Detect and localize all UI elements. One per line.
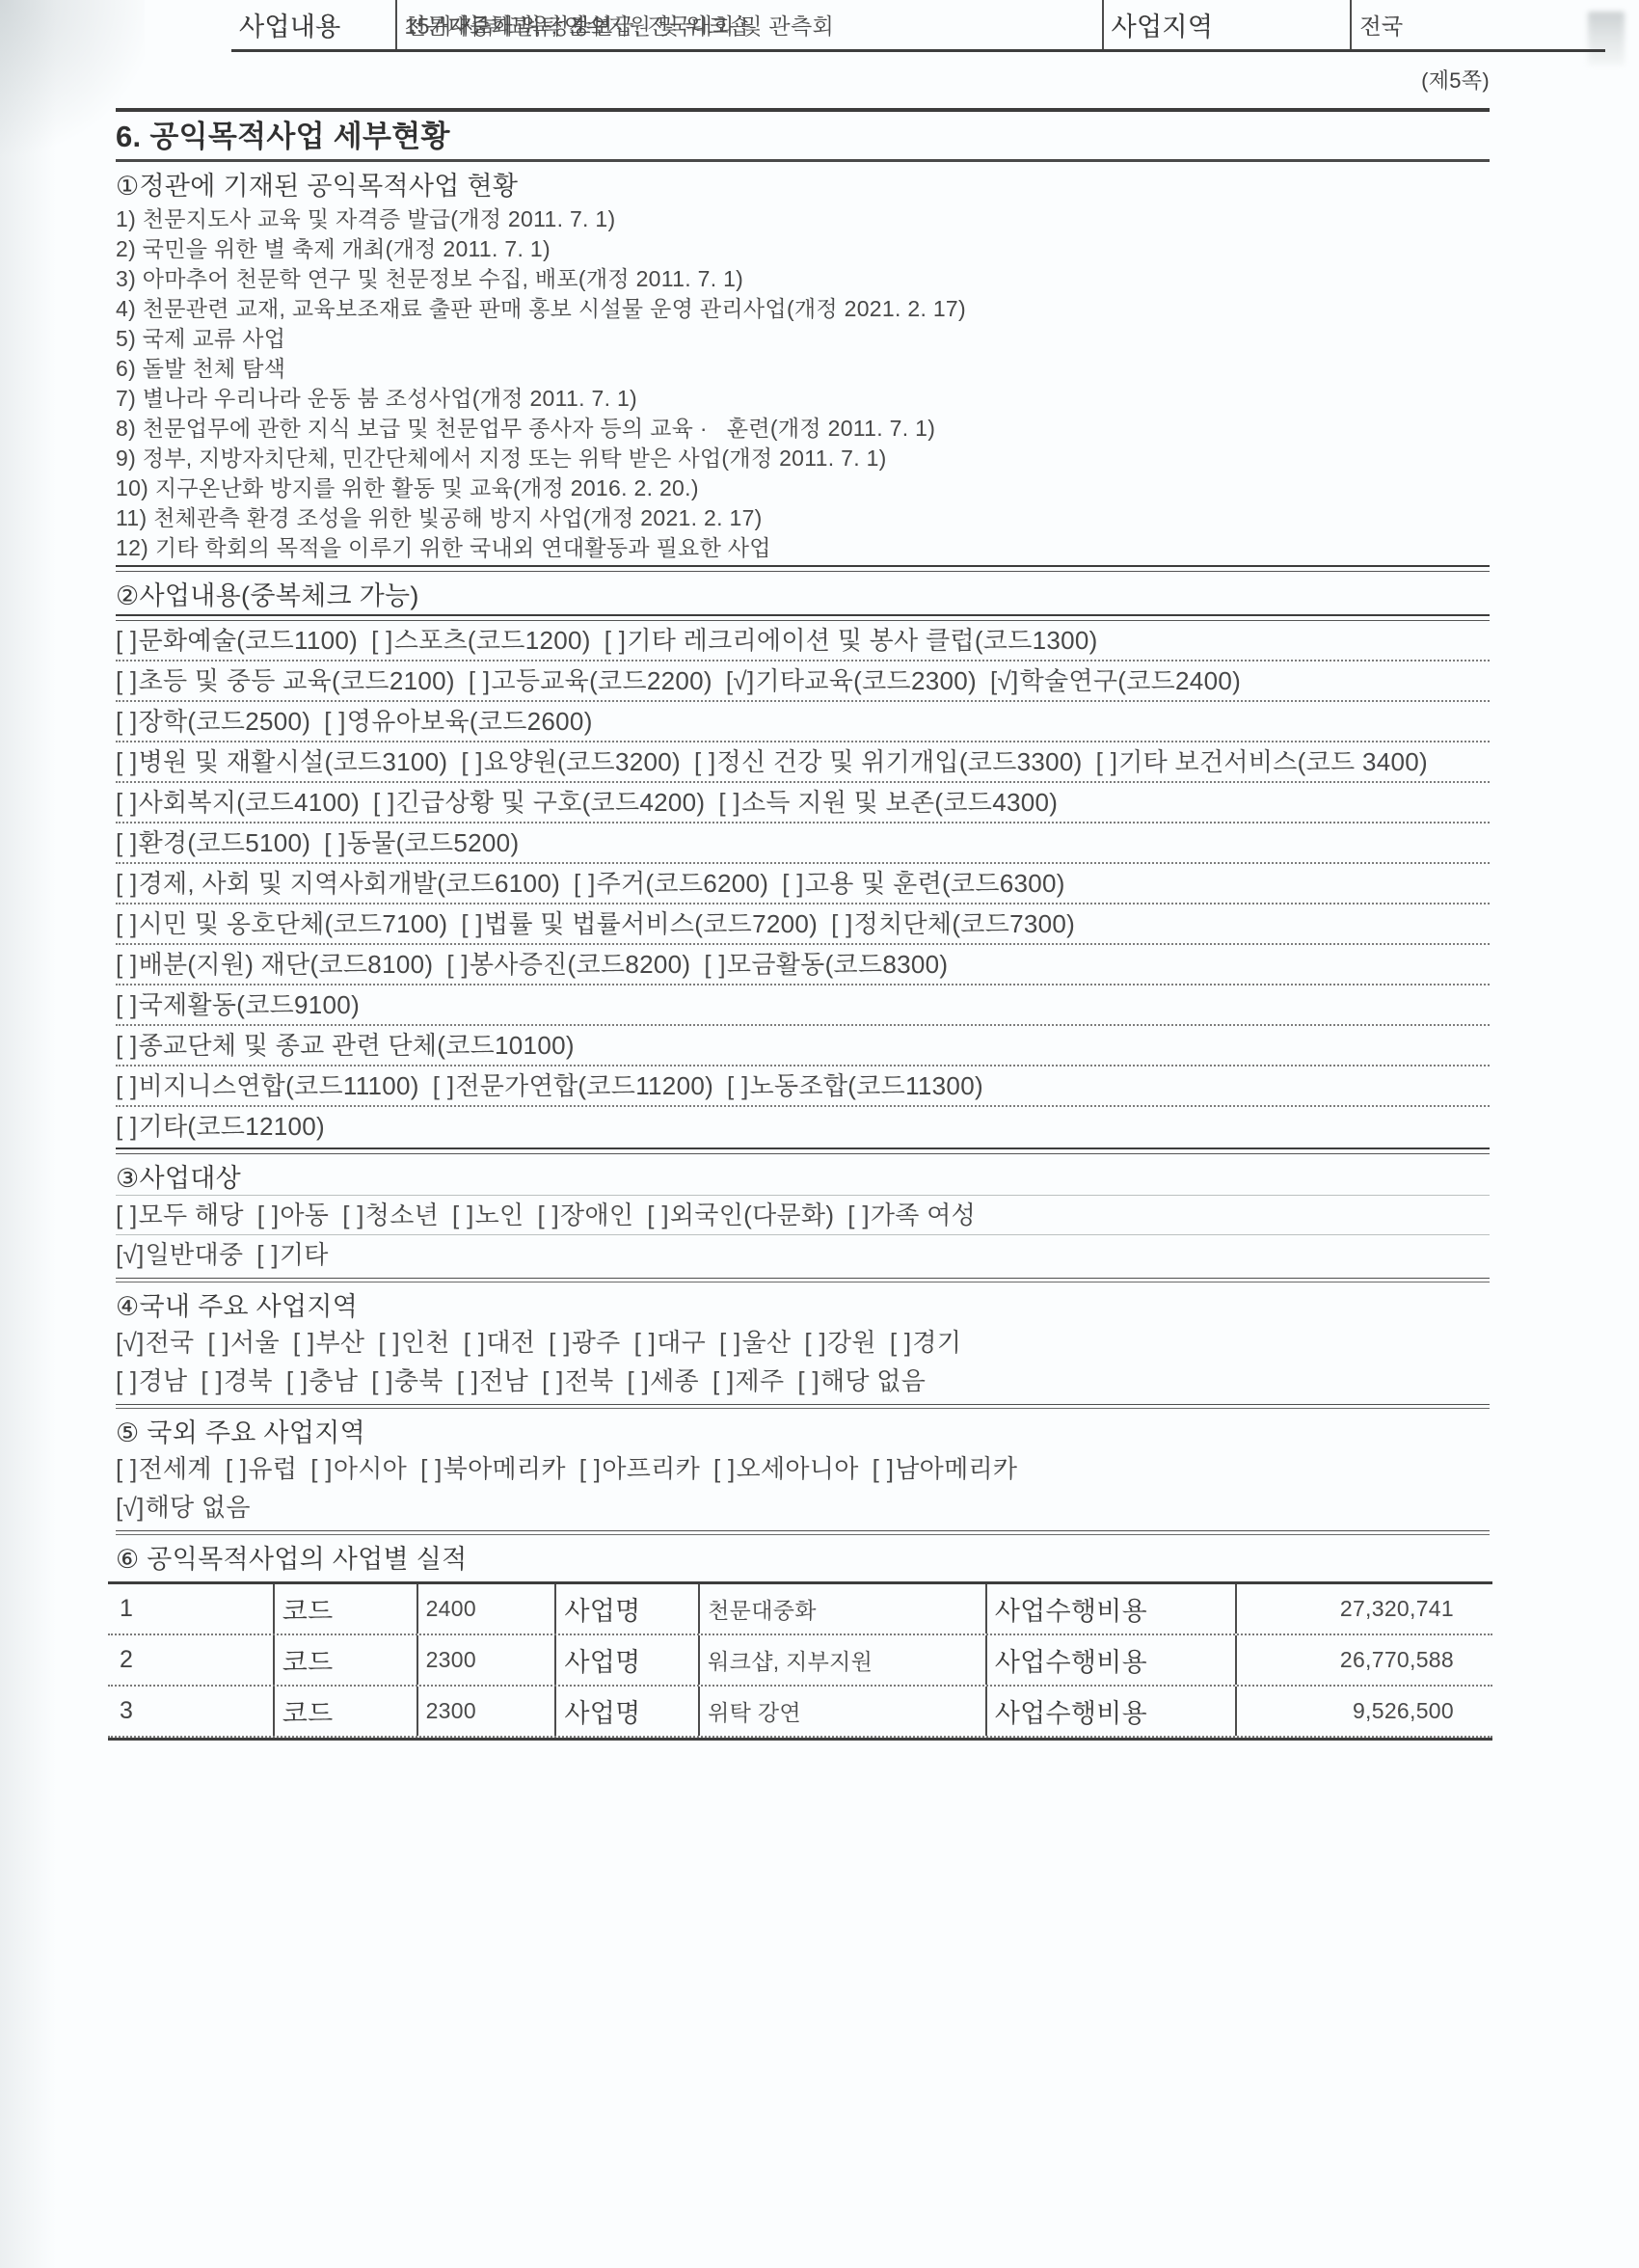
name-value-text: 위탁 강연 bbox=[708, 1695, 801, 1727]
checkbox-unchecked-mark: [ ] bbox=[116, 1031, 138, 1060]
checkbox-row: [ ]국제활동(코드9100) bbox=[116, 985, 1490, 1026]
checkbox-option: [ ]모금활동(코드8300) bbox=[704, 950, 948, 980]
cost-label-text: 사업수행비용 bbox=[995, 1641, 1147, 1679]
entry-number-cell: 1 bbox=[108, 1584, 275, 1633]
checkbox-option-label: 대전 bbox=[486, 1328, 535, 1357]
checkbox-option: [ ]기타 bbox=[256, 1240, 328, 1270]
checkbox-option-label: 일반대중 bbox=[146, 1240, 244, 1269]
checkbox-option: [ ]남아메리카 bbox=[873, 1454, 1018, 1484]
checkbox-unchecked-mark: [ ] bbox=[542, 1366, 564, 1395]
checkbox-unchecked-mark: [ ] bbox=[116, 950, 138, 979]
checkbox-unchecked-mark: [ ] bbox=[116, 1366, 138, 1395]
checkbox-unchecked-mark: [ ] bbox=[116, 909, 138, 938]
name-label-text: 사업명 bbox=[564, 1641, 640, 1679]
performance-main-row: 2코드2300사업명워크샵, 지부지원사업수행비용26,770,588 bbox=[108, 1635, 1492, 1687]
checkbox-option: [ ]해당 없음 bbox=[797, 1366, 926, 1396]
code-value: 2400 bbox=[418, 1584, 557, 1633]
checkbox-unchecked-mark: [ ] bbox=[201, 1366, 223, 1395]
checkbox-row: [√]일반대중[ ]기타 bbox=[116, 1234, 1490, 1274]
statute-business-item: 10) 지구온난화 방지를 위한 활동 및 교육(개정 2016. 2. 20.… bbox=[116, 473, 1490, 503]
checkbox-unchecked-mark: [ ] bbox=[116, 1071, 138, 1100]
checkbox-option: [√]전국 bbox=[116, 1328, 194, 1358]
checkbox-unchecked-mark: [ ] bbox=[574, 869, 596, 898]
checkbox-option-label: 고등교육(코드2200) bbox=[491, 666, 712, 695]
checkbox-unchecked-mark: [ ] bbox=[452, 1201, 474, 1229]
code-label: 코드 bbox=[275, 1635, 418, 1685]
checkbox-option-label: 종교단체 및 종교 관련 단체(코드10100) bbox=[139, 1031, 575, 1060]
checkbox-option-label: 요양원(코드3200) bbox=[484, 747, 681, 776]
checkbox-option: [ ]정신 건강 및 위기개입(코드3300) bbox=[694, 747, 1083, 777]
checkbox-option: [ ]병원 및 재활시설(코드3100) bbox=[116, 747, 447, 777]
checkbox-option: [ ]아동 bbox=[257, 1201, 329, 1230]
checkbox-unchecked-mark: [ ] bbox=[461, 747, 483, 776]
name-label: 사업명 bbox=[556, 1687, 700, 1736]
checkbox-option-label: 가족 여성 bbox=[871, 1201, 976, 1229]
region-value: 전국 bbox=[1352, 0, 1605, 49]
divider bbox=[116, 1147, 1490, 1154]
checkbox-option-label: 사회복지(코드4100) bbox=[139, 788, 360, 817]
checkbox-unchecked-mark: [ ] bbox=[310, 1454, 333, 1483]
section6-heading: ⑥ 공익목적사업의 사업별 실적 bbox=[116, 1543, 1490, 1576]
checkbox-option-label: 유럽 bbox=[248, 1454, 297, 1483]
divider bbox=[116, 1404, 1490, 1409]
cost-value: 26,770,588 bbox=[1237, 1635, 1492, 1685]
checkbox-option: [ ]충남 bbox=[286, 1366, 358, 1396]
checkbox-option: [ ]세종 bbox=[628, 1366, 699, 1396]
checkbox-option: [√]기타교육(코드2300) bbox=[726, 666, 977, 696]
cost-value-text: 27,320,741 bbox=[1340, 1596, 1454, 1622]
checkbox-option: [ ]제주 bbox=[712, 1366, 784, 1396]
checkbox-option-label: 법률 및 법률서비스(코드7200) bbox=[484, 909, 818, 938]
code-label-text: 코드 bbox=[282, 1590, 334, 1628]
name-value: 위탁 강연 bbox=[700, 1687, 987, 1736]
statute-business-item: 11) 천체관측 환경 조성을 위한 빛공해 방지 사업(개정 2021. 2.… bbox=[116, 503, 1490, 533]
cost-value: 9,526,500 bbox=[1237, 1687, 1492, 1736]
checkbox-unchecked-mark: [ ] bbox=[694, 747, 716, 776]
checkbox-option: [ ]아프리카 bbox=[579, 1454, 700, 1484]
checkbox-unchecked-mark: [ ] bbox=[890, 1328, 912, 1357]
checkbox-option-label: 장학(코드2500) bbox=[139, 707, 311, 736]
checkbox-option: [ ]환경(코드5100) bbox=[116, 828, 310, 858]
checkbox-option: [ ]외국인(다문화) bbox=[647, 1201, 834, 1230]
checkbox-unchecked-mark: [ ] bbox=[116, 828, 138, 857]
checkbox-option-label: 환경(코드5100) bbox=[139, 828, 311, 857]
performance-main-row: 3코드2300사업명위탁 강연사업수행비용9,526,500 bbox=[108, 1687, 1492, 1738]
checkbox-option-label: 동물(코드5200) bbox=[347, 828, 520, 857]
checkbox-option-label: 남아메리카 bbox=[895, 1454, 1017, 1483]
section-statute-businesses: ①정관에 기재된 공익목적사업 현황 1) 천문지도사 교육 및 자격증 발급(… bbox=[116, 170, 1490, 563]
divider bbox=[116, 1278, 1490, 1282]
checkbox-checked-mark: [√] bbox=[116, 1240, 145, 1269]
performance-entry: 2코드2300사업명워크샵, 지부지원사업수행비용26,770,588사업내용1… bbox=[108, 1635, 1492, 1687]
checkbox-option: [ ]강원 bbox=[804, 1328, 875, 1358]
checkbox-row: [ ]초등 및 중등 교육(코드2100)[ ]고등교육(코드2200)[√]기… bbox=[116, 661, 1490, 702]
checkbox-option: [√]일반대중 bbox=[116, 1240, 243, 1270]
statute-business-item: 6) 돌발 천체 탐색 bbox=[116, 354, 1490, 384]
checkbox-option-label: 기타 보건서비스(코드 3400) bbox=[1118, 747, 1428, 776]
checkbox-checked-mark: [√] bbox=[726, 666, 755, 695]
entry-number-cell: 3 bbox=[108, 1687, 275, 1736]
divider bbox=[116, 1530, 1490, 1535]
checkbox-option: [ ]경남 bbox=[116, 1366, 187, 1396]
checkbox-unchecked-mark: [ ] bbox=[116, 707, 138, 736]
checkbox-option-label: 아동 bbox=[280, 1201, 329, 1229]
cost-label: 사업수행비용 bbox=[987, 1584, 1238, 1633]
checkbox-option-label: 기타(코드12100) bbox=[139, 1112, 325, 1141]
checkbox-option: [ ]종교단체 및 종교 관련 단체(코드10100) bbox=[116, 1031, 575, 1061]
checkbox-unchecked-mark: [ ] bbox=[373, 788, 395, 817]
checkbox-option: [ ]북아메리카 bbox=[420, 1454, 566, 1484]
checkbox-option-label: 오세아니아 bbox=[737, 1454, 859, 1483]
checkbox-unchecked-mark: [ ] bbox=[116, 990, 138, 1019]
section-overseas-region: ⑤ 국외 주요 사업지역 [ ]전세계[ ]유럽[ ]아시아[ ]북아메리카[ … bbox=[116, 1417, 1490, 1526]
code-value-text: 2300 bbox=[426, 1698, 476, 1724]
checkbox-row: [ ]배분(지원) 재단(코드8100)[ ]봉사증진(코드8200)[ ]모금… bbox=[116, 945, 1490, 985]
checkbox-unchecked-mark: [ ] bbox=[226, 1454, 248, 1483]
checkbox-option-label: 고용 및 훈련(코드6300) bbox=[805, 869, 1065, 898]
checkbox-unchecked-mark: [ ] bbox=[207, 1328, 229, 1357]
checkbox-option: [ ]청소년 bbox=[342, 1201, 439, 1230]
content-value-text: 천문대중화 위탁 강연 bbox=[405, 9, 613, 40]
checkbox-unchecked-mark: [ ] bbox=[718, 788, 740, 817]
checkbox-option: [ ]울산 bbox=[719, 1328, 791, 1358]
checkbox-option-label: 아시아 bbox=[334, 1454, 407, 1483]
performance-main-row: 1코드2400사업명천문대중화사업수행비용27,320,741 bbox=[108, 1584, 1492, 1635]
checkbox-unchecked-mark: [ ] bbox=[782, 869, 804, 898]
checkbox-option: [√]해당 없음 bbox=[116, 1493, 251, 1523]
code-label-text: 코드 bbox=[282, 1692, 334, 1730]
checkbox-option-label: 아프리카 bbox=[602, 1454, 700, 1483]
statute-business-item: 1) 천문지도사 교육 및 자격증 발급(개정 2011. 7. 1) bbox=[116, 204, 1490, 234]
checkbox-unchecked-mark: [ ] bbox=[719, 1328, 741, 1357]
code-value-text: 2400 bbox=[426, 1596, 476, 1622]
section-domestic-region: ④국내 주요 사업지역 [√]전국[ ]서울[ ]부산[ ]인천[ ]대전[ ]… bbox=[116, 1290, 1490, 1400]
checkbox-option-label: 대구 bbox=[657, 1328, 706, 1357]
entry-number-cell-text: 2 bbox=[120, 1646, 133, 1674]
section2-heading: ②사업내용(중복체크 가능) bbox=[116, 580, 1490, 612]
checkbox-option: [ ]경기 bbox=[890, 1328, 961, 1358]
checkbox-option: [ ]광주 bbox=[549, 1328, 620, 1358]
checkbox-unchecked-mark: [ ] bbox=[371, 1366, 393, 1395]
checkbox-checked-mark: [√] bbox=[116, 1328, 145, 1357]
checkbox-unchecked-mark: [ ] bbox=[116, 1454, 138, 1483]
domestic-region-checkbox-rows: [√]전국[ ]서울[ ]부산[ ]인천[ ]대전[ ]광주[ ]대구[ ]울산… bbox=[116, 1323, 1490, 1400]
checkbox-unchecked-mark: [ ] bbox=[713, 1454, 736, 1483]
checkbox-option-label: 노동조합(코드11300) bbox=[750, 1071, 983, 1100]
checkbox-option: [ ]전북 bbox=[542, 1366, 613, 1396]
checkbox-option-label: 충북 bbox=[394, 1366, 443, 1395]
checkbox-option: [ ]스포츠(코드1200) bbox=[371, 626, 591, 656]
checkbox-option-label: 세종 bbox=[650, 1366, 699, 1395]
checkbox-unchecked-mark: [ ] bbox=[378, 1328, 400, 1357]
checkbox-option-label: 기타교육(코드2300) bbox=[756, 666, 977, 695]
section4-heading: ④국내 주요 사업지역 bbox=[116, 1290, 1490, 1323]
checkbox-row: [√]전국[ ]서울[ ]부산[ ]인천[ ]대전[ ]광주[ ]대구[ ]울산… bbox=[116, 1323, 1490, 1362]
checkbox-option-label: 전남 bbox=[479, 1366, 528, 1395]
checkbox-unchecked-mark: [ ] bbox=[605, 626, 627, 655]
page-content: (제5쪽) 6. 공익목적사업 세부현황 ①정관에 기재된 공익목적사업 현황 … bbox=[116, 0, 1490, 1741]
divider bbox=[116, 565, 1490, 572]
checkbox-option-label: 전문가연합(코드11200) bbox=[455, 1071, 713, 1100]
name-value-text: 워크샵, 지부지원 bbox=[708, 1644, 873, 1676]
checkbox-option: [ ]국제활동(코드9100) bbox=[116, 990, 360, 1020]
checkbox-option-label: 제주 bbox=[736, 1366, 785, 1395]
checkbox-unchecked-mark: [ ] bbox=[116, 788, 138, 817]
checkbox-unchecked-mark: [ ] bbox=[727, 1071, 749, 1100]
checkbox-option: [√]학술연구(코드2400) bbox=[990, 666, 1241, 696]
checkbox-option-label: 부산 bbox=[315, 1328, 364, 1357]
checkbox-option-label: 주거(코드6200) bbox=[597, 869, 769, 898]
checkbox-option-label: 병원 및 재활시설(코드3100) bbox=[139, 747, 448, 776]
statute-business-item: 7) 별나라 우리나라 운동 붐 조성사업(개정 2011. 7. 1) bbox=[116, 384, 1490, 414]
checkbox-option-label: 학술연구(코드2400) bbox=[1020, 666, 1241, 695]
checkbox-unchecked-mark: [ ] bbox=[579, 1454, 602, 1483]
checkbox-option-label: 영유아보육(코드2600) bbox=[347, 707, 593, 736]
business-target-checkbox-rows: [ ]모두 해당[ ]아동[ ]청소년[ ]노인[ ]장애인[ ]외국인(다문화… bbox=[116, 1195, 1490, 1274]
checkbox-option: [ ]기타 레크리에이션 및 봉사 클럽(코드1300) bbox=[605, 626, 1098, 656]
checkbox-row: [ ]장학(코드2500)[ ]영유아보육(코드2600) bbox=[116, 702, 1490, 742]
content-label: 사업내용 bbox=[231, 0, 397, 49]
scanned-form-page: (제5쪽) 6. 공익목적사업 세부현황 ①정관에 기재된 공익목적사업 현황 … bbox=[0, 0, 1639, 2268]
statute-business-item: 5) 국제 교류 사업 bbox=[116, 324, 1490, 354]
checkbox-row: [ ]전세계[ ]유럽[ ]아시아[ ]북아메리카[ ]아프리카[ ]오세아니아… bbox=[116, 1449, 1490, 1488]
checkbox-option: [ ]대전 bbox=[464, 1328, 535, 1358]
checkbox-unchecked-mark: [ ] bbox=[446, 950, 469, 979]
checkbox-option-label: 외국인(다문화) bbox=[670, 1201, 834, 1229]
page-number: (제5쪽) bbox=[116, 67, 1490, 94]
checkbox-option-label: 문화예술(코드1100) bbox=[139, 626, 359, 655]
name-label: 사업명 bbox=[556, 1635, 700, 1685]
checkbox-option: [ ]고용 및 훈련(코드6300) bbox=[782, 869, 1065, 899]
checkbox-row: [ ]문화예술(코드1100)[ ]스포츠(코드1200)[ ]기타 레크리에이… bbox=[116, 621, 1490, 661]
checkbox-option-label: 정치단체(코드7300) bbox=[854, 909, 1075, 938]
checkbox-unchecked-mark: [ ] bbox=[116, 666, 138, 695]
statute-business-item: 9) 정부, 지방자치단체, 민간단체에서 지정 또는 위탁 받은 사업(개정 … bbox=[116, 444, 1490, 473]
region-label: 사업지역 bbox=[1104, 0, 1353, 49]
divider bbox=[116, 159, 1490, 162]
section1-heading: ①정관에 기재된 공익목적사업 현황 bbox=[116, 170, 1490, 202]
statute-business-item: 12) 기타 학회의 목적을 이루기 위한 국내외 연대활동과 필요한 사업 bbox=[116, 533, 1490, 563]
checkbox-option-label: 전북 bbox=[565, 1366, 614, 1395]
section3-heading: ③사업대상 bbox=[116, 1162, 1490, 1195]
checkbox-row: [ ]경남[ ]경북[ ]충남[ ]충북[ ]전남[ ]전북[ ]세종[ ]제주… bbox=[116, 1362, 1490, 1400]
checkbox-option: [ ]경북 bbox=[201, 1366, 272, 1396]
checkbox-row: [√]해당 없음 bbox=[116, 1488, 1490, 1526]
checkbox-unchecked-mark: [ ] bbox=[116, 1201, 138, 1229]
checkbox-option-label: 충남 bbox=[309, 1366, 358, 1395]
checkbox-option: [ ]시민 및 옹호단체(코드7100) bbox=[116, 909, 447, 939]
checkbox-unchecked-mark: [ ] bbox=[293, 1328, 315, 1357]
section-business-target: ③사업대상 [ ]모두 해당[ ]아동[ ]청소년[ ]노인[ ]장애인[ ]외… bbox=[116, 1162, 1490, 1274]
code-label: 코드 bbox=[275, 1687, 418, 1736]
checkbox-option: [ ]전문가연합(코드11200) bbox=[433, 1071, 713, 1101]
checkbox-option-label: 초등 및 중등 교육(코드2100) bbox=[139, 666, 455, 695]
checkbox-row: [ ]시민 및 옹호단체(코드7100)[ ]법률 및 법률서비스(코드7200… bbox=[116, 904, 1490, 945]
performance-table: 1코드2400사업명천문대중화사업수행비용27,320,741사업내용천문자료개… bbox=[108, 1581, 1492, 1741]
checkbox-option-label: 노인 bbox=[475, 1201, 524, 1229]
checkbox-option: [ ]주거(코드6200) bbox=[574, 869, 768, 899]
checkbox-option: [ ]정치단체(코드7300) bbox=[831, 909, 1075, 939]
statute-business-list: 1) 천문지도사 교육 및 자격증 발급(개정 2011. 7. 1)2) 국민… bbox=[116, 204, 1490, 563]
checkbox-option: [ ]경제, 사회 및 지역사회개발(코드6100) bbox=[116, 869, 560, 899]
checkbox-unchecked-mark: [ ] bbox=[634, 1328, 657, 1357]
overseas-region-checkbox-rows: [ ]전세계[ ]유럽[ ]아시아[ ]북아메리카[ ]아프리카[ ]오세아니아… bbox=[116, 1449, 1490, 1526]
checkbox-option-label: 배분(지원) 재단(코드8100) bbox=[139, 950, 434, 979]
code-label: 코드 bbox=[275, 1584, 418, 1633]
performance-entry: 1코드2400사업명천문대중화사업수행비용27,320,741사업내용천문자료개… bbox=[108, 1584, 1492, 1635]
cost-value-text: 9,526,500 bbox=[1353, 1698, 1454, 1724]
checkbox-option: [ ]고등교육(코드2200) bbox=[469, 666, 712, 696]
checkbox-option-label: 북아메리카 bbox=[443, 1454, 566, 1483]
checkbox-unchecked-mark: [ ] bbox=[1096, 747, 1118, 776]
cost-value-text: 26,770,588 bbox=[1340, 1647, 1454, 1673]
checkbox-row: [ ]환경(코드5100)[ ]동물(코드5200) bbox=[116, 823, 1490, 864]
checkbox-option-label: 시민 및 옹호단체(코드7100) bbox=[139, 909, 448, 938]
checkbox-option-label: 경북 bbox=[224, 1366, 273, 1395]
checkbox-option: [ ]소득 지원 및 보존(코드4300) bbox=[718, 788, 1058, 818]
checkbox-unchecked-mark: [ ] bbox=[286, 1366, 309, 1395]
checkbox-unchecked-mark: [ ] bbox=[464, 1328, 486, 1357]
checkbox-option-label: 경제, 사회 및 지역사회개발(코드6100) bbox=[139, 869, 560, 898]
checkbox-option-label: 전국 bbox=[146, 1328, 195, 1357]
checkbox-option-label: 기타 레크리에이션 및 봉사 클럽(코드1300) bbox=[627, 626, 1097, 655]
statute-business-item: 2) 국민을 위한 별 축제 개최(개정 2011. 7. 1) bbox=[116, 234, 1490, 264]
name-label-text: 사업명 bbox=[564, 1590, 640, 1628]
checkbox-option-label: 정신 건강 및 위기개입(코드3300) bbox=[717, 747, 1083, 776]
name-value-text: 천문대중화 bbox=[708, 1593, 817, 1625]
checkbox-unchecked-mark: [ ] bbox=[256, 1240, 279, 1269]
checkbox-unchecked-mark: [ ] bbox=[628, 1366, 650, 1395]
name-value: 워크샵, 지부지원 bbox=[700, 1635, 987, 1685]
divider bbox=[116, 108, 1490, 112]
statute-business-item: 4) 천문관련 교재, 교육보조재료 출판 판매 홍보 시설물 운영 관리사업(… bbox=[116, 294, 1490, 324]
checkbox-unchecked-mark: [ ] bbox=[712, 1366, 735, 1395]
checkbox-option: [ ]장학(코드2500) bbox=[116, 707, 310, 737]
checkbox-option-label: 긴급상황 및 구호(코드4200) bbox=[396, 788, 706, 817]
checkbox-unchecked-mark: [ ] bbox=[461, 909, 483, 938]
checkbox-option-label: 경남 bbox=[139, 1366, 188, 1395]
checkbox-unchecked-mark: [ ] bbox=[537, 1201, 559, 1229]
code-label-text: 코드 bbox=[282, 1641, 334, 1679]
checkbox-row: [ ]사회복지(코드4100)[ ]긴급상황 및 구호(코드4200)[ ]소득… bbox=[116, 783, 1490, 823]
checkbox-unchecked-mark: [ ] bbox=[116, 1112, 138, 1141]
checkbox-option-label: 청소년 bbox=[365, 1201, 439, 1229]
checkbox-option: [ ]영유아보육(코드2600) bbox=[324, 707, 592, 737]
checkbox-option: [ ]법률 및 법률서비스(코드7200) bbox=[461, 909, 818, 939]
code-value-text: 2300 bbox=[426, 1647, 476, 1673]
checkbox-unchecked-mark: [ ] bbox=[647, 1201, 669, 1229]
cost-label: 사업수행비용 bbox=[987, 1687, 1238, 1736]
statute-business-item: 3) 아마추어 천문학 연구 및 천문정보 수집, 배포(개정 2011. 7.… bbox=[116, 264, 1490, 294]
checkbox-option-label: 광주 bbox=[572, 1328, 621, 1357]
checkbox-unchecked-mark: [ ] bbox=[831, 909, 853, 938]
checkbox-unchecked-mark: [ ] bbox=[457, 1366, 479, 1395]
checkbox-option-label: 스포츠(코드1200) bbox=[394, 626, 591, 655]
checkbox-option-label: 소득 지원 및 보존(코드4300) bbox=[741, 788, 1058, 817]
scan-left-edge-shadow bbox=[0, 0, 56, 2268]
checkbox-option: [ ]배분(지원) 재단(코드8100) bbox=[116, 950, 433, 980]
checkbox-option-label: 인천 bbox=[401, 1328, 450, 1357]
checkbox-option-label: 강원 bbox=[827, 1328, 876, 1357]
cost-label-text: 사업수행비용 bbox=[995, 1590, 1147, 1628]
checkbox-unchecked-mark: [ ] bbox=[116, 626, 138, 655]
checkbox-row: [ ]모두 해당[ ]아동[ ]청소년[ ]노인[ ]장애인[ ]외국인(다문화… bbox=[116, 1195, 1490, 1234]
checkbox-option: [ ]긴급상황 및 구호(코드4200) bbox=[373, 788, 705, 818]
section-business-content: ②사업내용(중복체크 가능) [ ]문화예술(코드1100)[ ]스포츠(코드1… bbox=[116, 580, 1490, 1146]
checkbox-option: [ ]봉사증진(코드8200) bbox=[446, 950, 690, 980]
checkbox-option-label: 장애인 bbox=[560, 1201, 633, 1229]
divider bbox=[116, 614, 1490, 621]
checkbox-unchecked-mark: [ ] bbox=[324, 828, 346, 857]
name-label-text: 사업명 bbox=[564, 1692, 640, 1730]
checkbox-option: [ ]유럽 bbox=[226, 1454, 297, 1484]
section-performance: ⑥ 공익목적사업의 사업별 실적 1코드2400사업명천문대중화사업수행비용27… bbox=[116, 1543, 1490, 1741]
name-label: 사업명 bbox=[556, 1584, 700, 1633]
checkbox-option-label: 모두 해당 bbox=[139, 1201, 244, 1229]
entry-number-cell-text: 1 bbox=[120, 1595, 133, 1623]
page-title: 6. 공익목적사업 세부현황 bbox=[116, 115, 1490, 159]
region-label-text: 사업지역 bbox=[1112, 6, 1214, 43]
checkbox-option: [ ]충북 bbox=[371, 1366, 443, 1396]
checkbox-option: [ ]문화예술(코드1100) bbox=[116, 626, 358, 656]
checkbox-option: [ ]장애인 bbox=[537, 1201, 633, 1230]
checkbox-option-label: 울산 bbox=[742, 1328, 792, 1357]
checkbox-row: [ ]병원 및 재활시설(코드3100)[ ]요양원(코드3200)[ ]정신 … bbox=[116, 742, 1490, 783]
name-value: 천문대중화 bbox=[700, 1584, 987, 1633]
checkbox-option-label: 봉사증진(코드8200) bbox=[470, 950, 690, 979]
checkbox-row: [ ]종교단체 및 종교 관련 단체(코드10100) bbox=[116, 1026, 1490, 1066]
cost-value: 27,320,741 bbox=[1237, 1584, 1492, 1633]
checkbox-unchecked-mark: [ ] bbox=[342, 1201, 364, 1229]
checkbox-row: [ ]기타(코드12100) bbox=[116, 1107, 1490, 1146]
checkbox-checked-mark: [√] bbox=[116, 1493, 145, 1522]
checkbox-option-label: 해당 없음 bbox=[146, 1493, 251, 1522]
content-label-text: 사업내용 bbox=[239, 6, 341, 43]
cost-label: 사업수행비용 bbox=[987, 1635, 1238, 1685]
checkbox-unchecked-mark: [ ] bbox=[420, 1454, 443, 1483]
entry-number-cell-text: 3 bbox=[120, 1697, 133, 1725]
checkbox-unchecked-mark: [ ] bbox=[873, 1454, 895, 1483]
content-value: 천문대중화 위탁 강연 bbox=[397, 0, 1104, 49]
code-value: 2300 bbox=[418, 1635, 557, 1685]
checkbox-option: [ ]사회복지(코드4100) bbox=[116, 788, 360, 818]
checkbox-option-label: 국제활동(코드9100) bbox=[139, 990, 360, 1019]
checkbox-unchecked-mark: [ ] bbox=[797, 1366, 819, 1395]
business-content-checkbox-rows: [ ]문화예술(코드1100)[ ]스포츠(코드1200)[ ]기타 레크리에이… bbox=[116, 621, 1490, 1146]
code-value: 2300 bbox=[418, 1687, 557, 1736]
cost-label-text: 사업수행비용 bbox=[995, 1692, 1147, 1730]
checkbox-option: [ ]노동조합(코드11300) bbox=[727, 1071, 983, 1101]
performance-entry: 3코드2300사업명위탁 강연사업수행비용9,526,500사업내용천문대중화 … bbox=[108, 1687, 1492, 1738]
entry-number-cell: 2 bbox=[108, 1635, 275, 1685]
checkbox-option-label: 전세계 bbox=[139, 1454, 212, 1483]
checkbox-option: [ ]동물(코드5200) bbox=[324, 828, 519, 858]
checkbox-unchecked-mark: [ ] bbox=[324, 707, 346, 736]
checkbox-option-label: 비지니스연합(코드11100) bbox=[139, 1071, 419, 1100]
checkbox-unchecked-mark: [ ] bbox=[433, 1071, 455, 1100]
statute-business-item: 8) 천문업무에 관한 지식 보급 및 천문업무 종사자 등의 교육 · 훈련(… bbox=[116, 414, 1490, 444]
performance-content-row: 사업내용천문대중화 위탁 강연사업지역전국 bbox=[231, 0, 1605, 49]
checkbox-option: [ ]전세계 bbox=[116, 1454, 212, 1484]
checkbox-option: [ ]인천 bbox=[378, 1328, 449, 1358]
checkbox-option: [ ]서울 bbox=[207, 1328, 279, 1358]
checkbox-unchecked-mark: [ ] bbox=[847, 1201, 870, 1229]
checkbox-option: [ ]부산 bbox=[293, 1328, 364, 1358]
checkbox-option: [ ]기타 보건서비스(코드 3400) bbox=[1096, 747, 1428, 777]
checkbox-option-label: 해당 없음 bbox=[820, 1366, 926, 1395]
checkbox-row: [ ]경제, 사회 및 지역사회개발(코드6100)[ ]주거(코드6200)[… bbox=[116, 864, 1490, 904]
checkbox-unchecked-mark: [ ] bbox=[549, 1328, 571, 1357]
